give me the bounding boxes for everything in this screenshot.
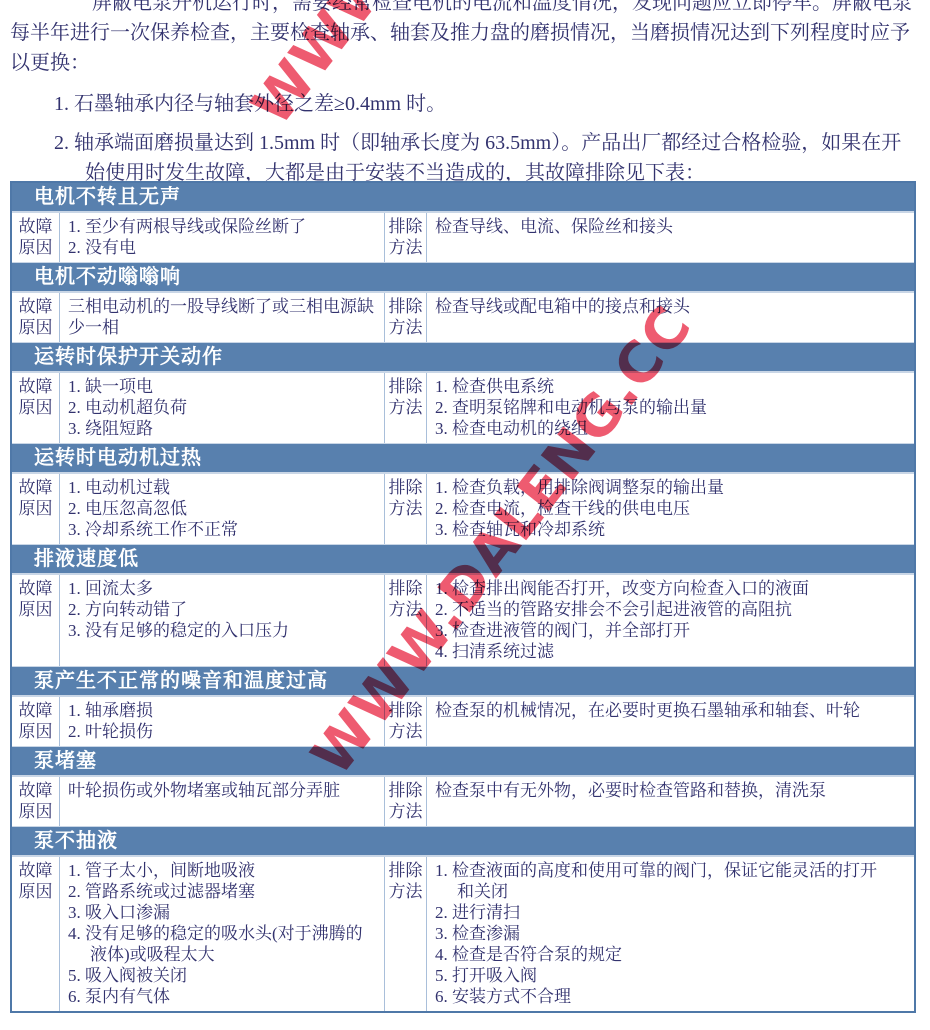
remedy-label: 排除 方法 — [385, 373, 427, 443]
text-line: 三相电动机的一股导线断了或三相电源缺少一相 — [68, 296, 378, 338]
cause-list: 1. 电动机过载2. 电压忽高忽低3. 冷却系统工作不正常 — [60, 474, 385, 544]
remedy-label-line: 方法 — [386, 721, 425, 742]
text-line: 检查泵中有无外物，必要时检查管路和替换，清洗泵 — [435, 780, 890, 801]
text-line: 1. 管子太小，间断地吸液 — [68, 860, 378, 881]
cause-label: 故障 原因 — [12, 474, 60, 544]
text-line: 2. 检查电流，检查干线的供电电压 — [435, 498, 890, 519]
remedy-label-line: 排除 — [386, 477, 425, 498]
intro-list-item: 2. 轴承端面磨损量达到 1.5mm 时（即轴承长度为 63.5mm）。产品出厂… — [54, 128, 920, 188]
cause-list: 叶轮损伤或外物堵塞或轴瓦部分弄脏 — [60, 777, 385, 826]
remedy-label: 排除 方法 — [385, 857, 427, 1011]
cause-label-line: 故障 — [13, 296, 58, 317]
remedy-label-line: 方法 — [386, 237, 425, 258]
cause-label-line: 原因 — [13, 317, 58, 338]
cause-label: 故障 原因 — [12, 213, 60, 262]
text-line: 6. 泵内有气体 — [68, 986, 378, 1007]
text-line: 5. 打开吸入阀 — [435, 965, 890, 986]
cause-label-line: 故障 — [13, 578, 58, 599]
text-line: 检查导线或配电箱中的接点和接头 — [435, 296, 890, 317]
remedy-label-line: 方法 — [386, 801, 425, 822]
fault-section: 电机不转且无声 故障 原因 1. 至少有两根导线或保险丝断了2. 没有电 排除 … — [12, 183, 914, 262]
fault-section: 运转时电动机过热 故障 原因 1. 电动机过载2. 电压忽高忽低3. 冷却系统工… — [12, 443, 914, 544]
section-title: 泵堵塞 — [12, 746, 914, 777]
cause-label-line: 原因 — [13, 397, 58, 418]
section-row: 故障 原因 1. 回流太多2. 方向转动错了3. 没有足够的稳定的入口压力 排除… — [12, 575, 914, 666]
section-title: 运转时保护开关动作 — [12, 342, 914, 373]
cause-label: 故障 原因 — [12, 293, 60, 342]
section-row: 故障 原因 1. 电动机过载2. 电压忽高忽低3. 冷却系统工作不正常 排除 方… — [12, 474, 914, 544]
remedy-list: 1. 检查排出阀能否打开，改变方向检查入口的液面2. 不适当的管路安排会不会引起… — [427, 575, 914, 666]
text-line: 3. 检查轴瓦和冷却系统 — [435, 519, 890, 540]
remedy-label-line: 排除 — [386, 700, 425, 721]
text-line: 2. 方向转动错了 — [68, 599, 378, 620]
document-page: 屏蔽电泵开机运行时，需要经常检查电机的电流和温度情况，发现问题应立即停车。屏蔽电… — [0, 0, 930, 1030]
remedy-label-line: 方法 — [386, 397, 425, 418]
cause-label-line: 原因 — [13, 801, 58, 822]
intro-list: 1. 石墨轴承内径与轴套外径之差≥0.4mm 时。 2. 轴承端面磨损量达到 1… — [54, 89, 920, 188]
text-line: 检查导线、电流、保险丝和接头 — [435, 216, 890, 237]
cause-label-line: 原因 — [13, 599, 58, 620]
text-line: 2. 不适当的管路安排会不会引起进液管的高阻抗 — [435, 599, 890, 620]
text-line: 4. 检查是否符合泵的规定 — [435, 944, 890, 965]
text-line: 4. 没有足够的稳定的吸水头(对于沸腾的液体)或吸程太大 — [68, 923, 378, 965]
text-line: 2. 查明泵铭牌和电动机与泵的输出量 — [435, 397, 890, 418]
text-line: 叶轮损伤或外物堵塞或轴瓦部分弄脏 — [68, 780, 378, 801]
remedy-label-line: 排除 — [386, 296, 425, 317]
remedy-list: 1. 检查液面的高度和使用可靠的阀门，保证它能灵活的打开和关闭2. 进行清扫3.… — [427, 857, 914, 1011]
cause-list: 1. 至少有两根导线或保险丝断了2. 没有电 — [60, 213, 385, 262]
remedy-label-line: 方法 — [386, 317, 425, 338]
remedy-label: 排除 方法 — [385, 575, 427, 666]
text-line: 3. 没有足够的稳定的入口压力 — [68, 620, 378, 641]
remedy-label: 排除 方法 — [385, 777, 427, 826]
text-line: 3. 绕阻短路 — [68, 418, 378, 439]
remedy-label: 排除 方法 — [385, 474, 427, 544]
section-title: 电机不转且无声 — [12, 183, 914, 213]
remedy-label-line: 排除 — [386, 376, 425, 397]
text-line: 3. 吸入口渗漏 — [68, 902, 378, 923]
section-row: 故障 原因 三相电动机的一股导线断了或三相电源缺少一相 排除 方法 检查导线或配… — [12, 293, 914, 342]
section-row: 故障 原因 1. 轴承磨损2. 叶轮损伤 排除 方法 检查泵的机械情况，在必要时… — [12, 697, 914, 746]
remedy-list: 1. 检查供电系统2. 查明泵铭牌和电动机与泵的输出量3. 检查电动机的绕组 — [427, 373, 914, 443]
fault-section: 运转时保护开关动作 故障 原因 1. 缺一项电2. 电动机超负荷3. 绕阻短路 … — [12, 342, 914, 443]
text-line: 1. 电动机过载 — [68, 477, 378, 498]
cause-label-line: 原因 — [13, 237, 58, 258]
text-line: 3. 检查电动机的绕组 — [435, 418, 890, 439]
remedy-list: 检查导线、电流、保险丝和接头 — [427, 213, 914, 262]
text-line: 2. 电动机超负荷 — [68, 397, 378, 418]
text-line: 1. 回流太多 — [68, 578, 378, 599]
section-row: 故障 原因 1. 管子太小，间断地吸液2. 管路系统或过滤器堵塞3. 吸入口渗漏… — [12, 857, 914, 1011]
fault-section: 泵不抽液 故障 原因 1. 管子太小，间断地吸液2. 管路系统或过滤器堵塞3. … — [12, 826, 914, 1011]
fault-section: 电机不动嗡嗡响 故障 原因 三相电动机的一股导线断了或三相电源缺少一相 排除 方… — [12, 262, 914, 342]
fault-section: 排液速度低 故障 原因 1. 回流太多2. 方向转动错了3. 没有足够的稳定的入… — [12, 544, 914, 666]
text-line: 2. 进行清扫 — [435, 902, 890, 923]
text-line: 5. 吸入阀被关闭 — [68, 965, 378, 986]
text-line: 3. 检查渗漏 — [435, 923, 890, 944]
cause-label-line: 原因 — [13, 881, 58, 902]
section-row: 故障 原因 叶轮损伤或外物堵塞或轴瓦部分弄脏 排除 方法 检查泵中有无外物，必要… — [12, 777, 914, 826]
remedy-list: 检查导线或配电箱中的接点和接头 — [427, 293, 914, 342]
fault-table: 电机不转且无声 故障 原因 1. 至少有两根导线或保险丝断了2. 没有电 排除 … — [10, 181, 916, 1013]
remedy-label-line: 排除 — [386, 216, 425, 237]
remedy-list: 检查泵的机械情况，在必要时更换石墨轴承和轴套、叶轮 — [427, 697, 914, 746]
text-line: 2. 没有电 — [68, 237, 378, 258]
cause-list: 1. 回流太多2. 方向转动错了3. 没有足够的稳定的入口压力 — [60, 575, 385, 666]
cause-list: 1. 轴承磨损2. 叶轮损伤 — [60, 697, 385, 746]
section-title: 泵产生不正常的噪音和温度过高 — [12, 666, 914, 697]
text-line: 1. 检查供电系统 — [435, 376, 890, 397]
text-line: 1. 轴承磨损 — [68, 700, 378, 721]
text-line: 1. 至少有两根导线或保险丝断了 — [68, 216, 378, 237]
remedy-label: 排除 方法 — [385, 293, 427, 342]
remedy-label-line: 排除 — [386, 860, 425, 881]
cause-label: 故障 原因 — [12, 777, 60, 826]
fault-section: 泵堵塞 故障 原因 叶轮损伤或外物堵塞或轴瓦部分弄脏 排除 方法 检查泵中有无外… — [12, 746, 914, 826]
cause-label-line: 原因 — [13, 498, 58, 519]
section-row: 故障 原因 1. 缺一项电2. 电动机超负荷3. 绕阻短路 排除 方法 1. 检… — [12, 373, 914, 443]
cause-label-line: 故障 — [13, 780, 58, 801]
intro-block: 屏蔽电泵开机运行时，需要经常检查电机的电流和温度情况，发现问题应立即停车。屏蔽电… — [10, 0, 920, 188]
remedy-label: 排除 方法 — [385, 697, 427, 746]
cause-label-line: 原因 — [13, 721, 58, 742]
text-line: 4. 扫清系统过滤 — [435, 641, 890, 662]
remedy-list: 1. 检查负载，用排除阀调整泵的输出量2. 检查电流，检查干线的供电电压3. 检… — [427, 474, 914, 544]
remedy-label-line: 方法 — [386, 881, 425, 902]
cause-label: 故障 原因 — [12, 373, 60, 443]
cause-label: 故障 原因 — [12, 575, 60, 666]
cause-label: 故障 原因 — [12, 697, 60, 746]
remedy-label-line: 排除 — [386, 578, 425, 599]
section-title: 运转时电动机过热 — [12, 443, 914, 474]
intro-list-item: 1. 石墨轴承内径与轴套外径之差≥0.4mm 时。 — [54, 89, 920, 119]
text-line: 2. 叶轮损伤 — [68, 721, 378, 742]
section-title: 排液速度低 — [12, 544, 914, 575]
cause-list: 三相电动机的一股导线断了或三相电源缺少一相 — [60, 293, 385, 342]
remedy-label: 排除 方法 — [385, 213, 427, 262]
section-title: 电机不动嗡嗡响 — [12, 262, 914, 293]
cause-label: 故障 原因 — [12, 857, 60, 1011]
remedy-label-line: 方法 — [386, 599, 425, 620]
cause-label-line: 故障 — [13, 700, 58, 721]
text-line: 1. 检查排出阀能否打开，改变方向检查入口的液面 — [435, 578, 890, 599]
text-line: 2. 管路系统或过滤器堵塞 — [68, 881, 378, 902]
text-line: 1. 缺一项电 — [68, 376, 378, 397]
cause-list: 1. 管子太小，间断地吸液2. 管路系统或过滤器堵塞3. 吸入口渗漏4. 没有足… — [60, 857, 385, 1011]
text-line: 检查泵的机械情况，在必要时更换石墨轴承和轴套、叶轮 — [435, 700, 890, 721]
intro-paragraph: 屏蔽电泵开机运行时，需要经常检查电机的电流和温度情况，发现问题应立即停车。屏蔽电… — [10, 0, 920, 78]
cause-label-line: 故障 — [13, 376, 58, 397]
text-line: 2. 电压忽高忽低 — [68, 498, 378, 519]
text-line: 1. 检查负载，用排除阀调整泵的输出量 — [435, 477, 890, 498]
remedy-label-line: 排除 — [386, 780, 425, 801]
remedy-label-line: 方法 — [386, 498, 425, 519]
cause-list: 1. 缺一项电2. 电动机超负荷3. 绕阻短路 — [60, 373, 385, 443]
section-title: 泵不抽液 — [12, 826, 914, 857]
cause-label-line: 故障 — [13, 477, 58, 498]
cause-label-line: 故障 — [13, 216, 58, 237]
text-line: 3. 检查进液管的阀门，并全部打开 — [435, 620, 890, 641]
remedy-list: 检查泵中有无外物，必要时检查管路和替换，清洗泵 — [427, 777, 914, 826]
fault-section: 泵产生不正常的噪音和温度过高 故障 原因 1. 轴承磨损2. 叶轮损伤 排除 方… — [12, 666, 914, 746]
cause-label-line: 故障 — [13, 860, 58, 881]
text-line: 6. 安装方式不合理 — [435, 986, 890, 1007]
text-line: 1. 检查液面的高度和使用可靠的阀门，保证它能灵活的打开和关闭 — [435, 860, 890, 902]
text-line: 3. 冷却系统工作不正常 — [68, 519, 378, 540]
section-row: 故障 原因 1. 至少有两根导线或保险丝断了2. 没有电 排除 方法 检查导线、… — [12, 213, 914, 262]
